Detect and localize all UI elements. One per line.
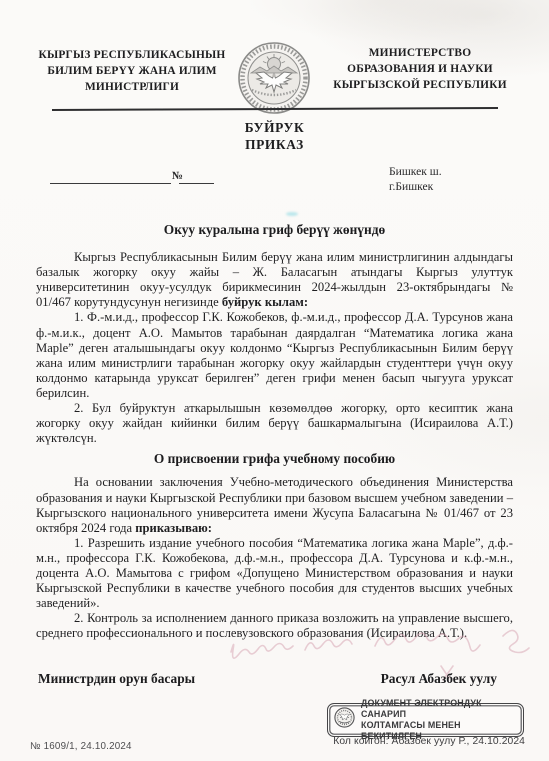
- subject-russian: О присвоении грифа учебному пособию: [36, 451, 513, 466]
- ministry-name-russian: МИНИСТЕРСТВО ОБРАЗОВАНИЯ И НАУКИ КЫРГЫЗС…: [317, 46, 523, 94]
- subject-kyrgyz: Окуу куралына гриф берүү жөнүндө: [36, 222, 513, 237]
- document-body: Окуу куралына гриф берүү жөнүндө Кыргыз …: [36, 222, 513, 641]
- signer-position: Министрдин орун басары: [38, 671, 195, 687]
- digital-signature-stamp: ДОКУМЕНТ ЭЛЕКТРОНДУК САНАРИП КОЛТАМГАСЫ …: [327, 703, 524, 737]
- number-and-place-row: № Бишкек ш. г.Бишкек: [0, 164, 549, 204]
- place-label: Бишкек ш. г.Бишкек: [389, 164, 442, 194]
- signer-name: Расул Абазбек уулу: [381, 671, 497, 687]
- kg-intro-bold: буйрук кылам:: [222, 295, 308, 309]
- kyrgyz-state-emblem-icon: [236, 40, 312, 116]
- scan-artifact: [286, 212, 298, 216]
- paragraph-kyrgyz-intro: Кыргыз Республикасынын Билим берүү жана …: [36, 250, 513, 310]
- order-word-kyrgyz: БУЙРУК: [0, 119, 549, 136]
- signature-row: Министрдин орун басары Расул Абазбек уул…: [38, 671, 497, 687]
- paragraph-russian-intro: На основании заключения Учебно-методичес…: [36, 475, 513, 535]
- kyrgyz-state-emblem-small-icon: [334, 707, 355, 733]
- registration-number: № 1609/1, 24.10.2024: [30, 741, 132, 752]
- paragraph-kyrgyz-item1: 1. Ф.-м.и.д., профессор Г.К. Кожобеков, …: [36, 310, 513, 401]
- paragraph-russian-item1: 1. Разрешить издание учебного пособия “М…: [36, 536, 513, 611]
- scanned-order-document: КЫРГЫЗ РЕСПУБЛИКАСЫНЫН БИЛИМ БЕРҮҮ ЖАНА …: [0, 0, 549, 761]
- number-sign: №: [172, 170, 183, 182]
- signed-by-line: Кол койгон: Абазбек уулу Р., 24.10.2024: [333, 736, 525, 747]
- ru-intro-text: На основании заключения Учебно-методичес…: [36, 475, 513, 534]
- order-word-russian: ПРИКАЗ: [0, 136, 549, 153]
- ru-intro-bold: приказываю:: [135, 521, 212, 535]
- ministry-name-kyrgyz: КЫРГЫЗ РЕСПУБЛИКАСЫНЫН БИЛИМ БЕРҮҮ ЖАНА …: [34, 48, 230, 96]
- document-header: КЫРГЫЗ РЕСПУБЛИКАСЫНЫН БИЛИМ БЕРҮҮ ЖАНА …: [34, 40, 523, 116]
- number-blank-line: [179, 182, 214, 184]
- order-title-block: БУЙРУК ПРИКАЗ: [0, 119, 549, 153]
- date-blank-line: [50, 182, 171, 184]
- paragraph-kyrgyz-item2: 2. Бул буйруктун аткарылышын көзөмөлдөө …: [36, 401, 513, 446]
